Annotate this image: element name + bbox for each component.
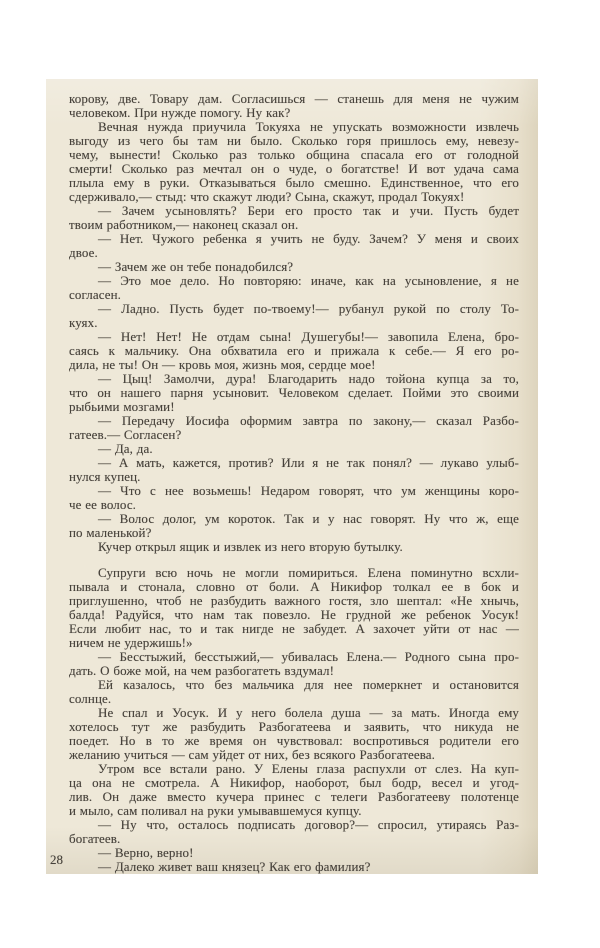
text-line: дила, не ты! Он — кровь моя, жизнь моя, …: [69, 358, 519, 372]
text-line: — Зачем же он тебе понадобился?: [69, 260, 519, 274]
paragraph: — Далеко живет ваш князец? Как его фамил…: [69, 860, 519, 874]
text-line: согласен.: [69, 288, 519, 302]
text-line: приглушенно, чтоб не разбудить важного г…: [69, 594, 519, 608]
text-line: ца она не смотрела. А Никифор, наоборот,…: [69, 776, 519, 790]
scan-backdrop: корову, две. Товару дам. Согласишься — с…: [0, 0, 600, 948]
text-line: Утром все встали рано. У Елены глаза рас…: [69, 762, 519, 776]
text-line: пывала и стонала, словно от боли. А Ники…: [69, 580, 519, 594]
paragraph: Супруги всю ночь не могли помириться. Ел…: [69, 566, 519, 650]
paragraph: Кучер открыл ящик и извлек из него втору…: [69, 540, 519, 554]
text-line: Не спал и Уосук. И у него болела душа — …: [69, 706, 519, 720]
text-line: хотелось тут же разбудить Разбогатеева и…: [69, 720, 519, 734]
text-line: Если любит нас, то и так нигде не забуде…: [69, 622, 519, 636]
paragraph: — Нет! Нет! Не отдам сына! Душегубы!— за…: [69, 330, 519, 372]
text-line: чему, вынести! Сколько раз только община…: [69, 148, 519, 162]
text-line: Ей казалось, что без мальчика для нее по…: [69, 678, 519, 692]
paragraph: Утром все встали рано. У Елены глаза рас…: [69, 762, 519, 818]
text-line: — Бесстыжий, бесстыжий,— убивалась Елена…: [69, 650, 519, 664]
text-line: Вечная нужда приучила Токуяха не упускат…: [69, 120, 519, 134]
text-line: — Зачем усыновлять? Бери его просто так …: [69, 204, 519, 218]
paragraph: — Передачу Иосифа оформим завтра по зако…: [69, 414, 519, 442]
text-line: — Верно, верно!: [69, 846, 519, 860]
text-line: саясь к мальчику. Она обхватила его и пр…: [69, 344, 519, 358]
text-line: корову, две. Товару дам. Согласишься — с…: [69, 92, 519, 106]
text-line: че ее волос.: [69, 498, 519, 512]
text-line: желанию учиться — сам уйдет от них, без …: [69, 748, 519, 762]
text-line: твоим работником,— наконец сказал он.: [69, 218, 519, 232]
text-line: что он нашего парня усыновит. Человеком …: [69, 386, 519, 400]
text-line: — Нет. Чужого ребенка я учить не буду. З…: [69, 232, 519, 246]
text-line: поедет. Но в то же время он чувствовал: …: [69, 734, 519, 748]
book-page: корову, две. Товару дам. Согласишься — с…: [46, 79, 538, 874]
paragraph: — Нет. Чужого ребенка я учить не буду. З…: [69, 232, 519, 260]
text-line: двое.: [69, 246, 519, 260]
text-line: — Это мое дело. Но повторяю: иначе, как …: [69, 274, 519, 288]
text-line: богатеев.: [69, 832, 519, 846]
text-line: по маленькой?: [69, 526, 519, 540]
paragraph: — Волос долог, ум короток. Так и у нас г…: [69, 512, 519, 540]
text-line: выгоду из чего бы там ни было. Сколько г…: [69, 134, 519, 148]
text-line: — Ну что, осталось подписать договор?— с…: [69, 818, 519, 832]
text-line: плыла ему в руки. Отказываться было смеш…: [69, 176, 519, 190]
text-line: лив. Он даже вместо кучера принес с теле…: [69, 790, 519, 804]
paragraph: — Зачем усыновлять? Бери его просто так …: [69, 204, 519, 232]
text-line: — Передачу Иосифа оформим завтра по зако…: [69, 414, 519, 428]
paragraph: — Бесстыжий, бесстыжий,— убивалась Елена…: [69, 650, 519, 678]
text-line: и мыло, сам поливал на руки умывавшемуся…: [69, 804, 519, 818]
text-line: смерти! Сколько раз мечтал он о чуде, о …: [69, 162, 519, 176]
text-line: ничем не удержишь!»: [69, 636, 519, 650]
text-line: гатеев.— Согласен?: [69, 428, 519, 442]
paragraph: корову, две. Товару дам. Согласишься — с…: [69, 92, 519, 120]
page-text: корову, две. Товару дам. Согласишься — с…: [69, 92, 519, 874]
paragraph: — Да, да.: [69, 442, 519, 456]
paragraph: — Ну что, осталось подписать договор?— с…: [69, 818, 519, 846]
text-line: нулся купец.: [69, 470, 519, 484]
text-line: балда! Радуйся, что нам так повезло. Не …: [69, 608, 519, 622]
text-line: Кучер открыл ящик и извлек из него втору…: [69, 540, 519, 554]
page-number: 28: [50, 853, 63, 867]
text-line: человеком. При нужде помогу. Ну как?: [69, 106, 519, 120]
paragraph: — А мать, кажется, против? Или я не так …: [69, 456, 519, 484]
paragraph: — Цыц! Замолчи, дура! Благодарить надо т…: [69, 372, 519, 414]
text-line: куях.: [69, 316, 519, 330]
text-line: — Волос долог, ум короток. Так и у нас г…: [69, 512, 519, 526]
text-line: Супруги всю ночь не могли помириться. Ел…: [69, 566, 519, 580]
text-line: — А мать, кажется, против? Или я не так …: [69, 456, 519, 470]
paragraph: — Верно, верно!: [69, 846, 519, 860]
text-line: — Что с нее возьмешь! Недаром говорят, ч…: [69, 484, 519, 498]
text-line: — Нет! Нет! Не отдам сына! Душегубы!— за…: [69, 330, 519, 344]
text-line: солнце.: [69, 692, 519, 706]
text-line: — Да, да.: [69, 442, 519, 456]
paragraph: — Ладно. Пусть будет по-твоему!— рубанул…: [69, 302, 519, 330]
text-line: — Далеко живет ваш князец? Как его фамил…: [69, 860, 519, 874]
paragraph: Вечная нужда приучила Токуяха не упускат…: [69, 120, 519, 204]
text-line: — Ладно. Пусть будет по-твоему!— рубанул…: [69, 302, 519, 316]
paragraph: — Зачем же он тебе понадобился?: [69, 260, 519, 274]
text-line: дать. О боже мой, на чем разбогатеть взд…: [69, 664, 519, 678]
text-line: рыбьими мозгами!: [69, 400, 519, 414]
paragraph: Не спал и Уосук. И у него болела душа — …: [69, 706, 519, 762]
text-line: сдерживало,— стыд: что скажут люди? Сына…: [69, 190, 519, 204]
paragraph: — Это мое дело. Но повторяю: иначе, как …: [69, 274, 519, 302]
paragraph: — Что с нее возьмешь! Недаром говорят, ч…: [69, 484, 519, 512]
paragraph: Ей казалось, что без мальчика для нее по…: [69, 678, 519, 706]
text-line: — Цыц! Замолчи, дура! Благодарить надо т…: [69, 372, 519, 386]
